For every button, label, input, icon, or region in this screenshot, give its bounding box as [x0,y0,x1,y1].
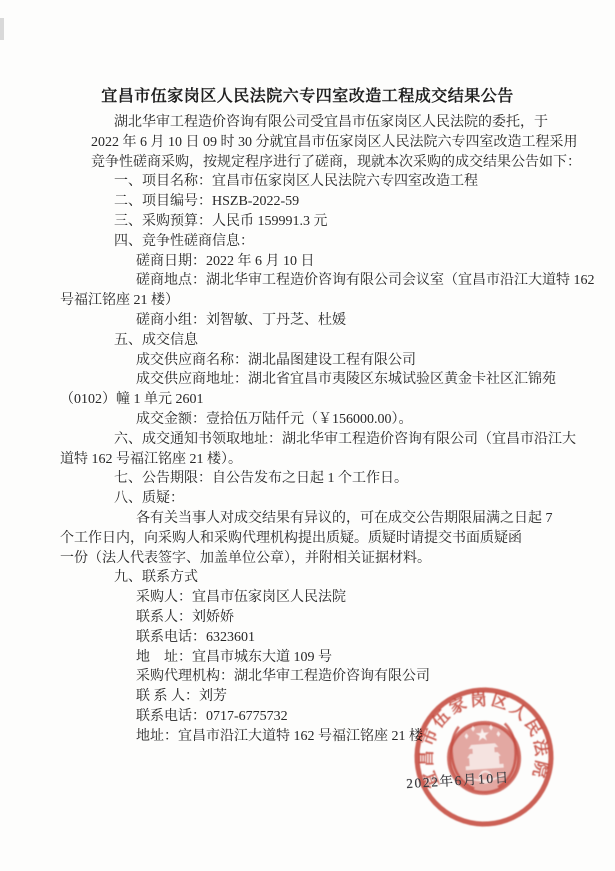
document-line: 磋商日期：2022 年 6 月 10 日 [60,252,560,272]
document-line: （0102）幢 1 单元 2601 [60,390,560,410]
document-line: 道特 162 号福江铭座 21 楼）。 [60,450,560,470]
document-line: 四、竞争性磋商信息： [60,232,560,252]
document-line: 采购人：宜昌市伍家岗区人民法院 [60,588,560,608]
document-line: 一份（法人代表签字、加盖单位公章），并附相关证据材料。 [60,549,560,569]
document-line: 磋商小组：刘智敏、丁丹芝、杜媛 [60,311,560,331]
document-line: 联系电话：6323601 [60,628,560,648]
document-line: 成交供应商名称：湖北晶图建设工程有限公司 [60,351,560,371]
document-line: 六、成交通知书领取地址：湖北华审工程造价咨询有限公司（宜昌市沿江大 [60,430,560,450]
document-line: 九、联系方式 [60,568,560,588]
document-line: 联系人：刘娇娇 [60,608,560,628]
document-line: 各有关当事人对成交结果有异议的，可在成交公告期限届满之日起 7 [60,509,560,529]
document-line: 二、项目编号：HSZB-2022-59 [60,192,560,212]
document-line: 号福江铭座 21 楼） [60,291,560,311]
document-page: 宜昌市伍家岗区人民法院六专四室改造工程成交结果公告 湖北华审工程造价咨询有限公司… [0,0,615,871]
document-line: 八、质疑： [60,489,560,509]
document-line: 成交金额：壹拾伍万陆仟元（￥156000.00）。 [60,410,560,430]
scan-artifact [0,18,4,40]
document-line: 湖北华审工程造价咨询有限公司受宜昌市伍家岗区人民法院的委托，于 [60,113,560,133]
document-line: 三、采购预算：人民币 159991.3 元 [60,212,560,232]
document-line: 地 址：宜昌市城东大道 109 号 [60,648,560,668]
document-line: 磋商地点：湖北华审工程造价咨询有限公司会议室（宜昌市沿江大道特 162 [60,271,560,291]
document-line: 一、项目名称：宜昌市伍家岗区人民法院六专四室改造工程 [60,172,560,192]
document-line: 个工作日内，向采购人和采购代理机构提出质疑。质疑时请提交书面质疑函 [60,529,560,549]
document-line: 竞争性磋商采购，按规定程序进行了磋商，现就本次采购的成交结果公告如下： [60,153,560,173]
official-seal: 宜昌市伍家岗区人民法院 [404,677,564,837]
document-line: 2022 年 6 月 10 日 09 时 30 分就宜昌市伍家岗区人民法院六专四… [60,133,560,153]
document-body: 湖北华审工程造价咨询有限公司受宜昌市伍家岗区人民法院的委托，于2022 年 6 … [60,113,560,747]
document-line: 成交供应商地址：湖北省宜昌市夷陵区东城试验区黄金卡社区汇锦苑 [60,370,560,390]
document-line: 七、公告期限：自公告发布之日起 1 个工作日。 [60,469,560,489]
page-title: 宜昌市伍家岗区人民法院六专四室改造工程成交结果公告 [0,83,615,106]
court-seal-icon: 宜昌市伍家岗区人民法院 [404,677,564,837]
document-line: 五、成交信息 [60,331,560,351]
